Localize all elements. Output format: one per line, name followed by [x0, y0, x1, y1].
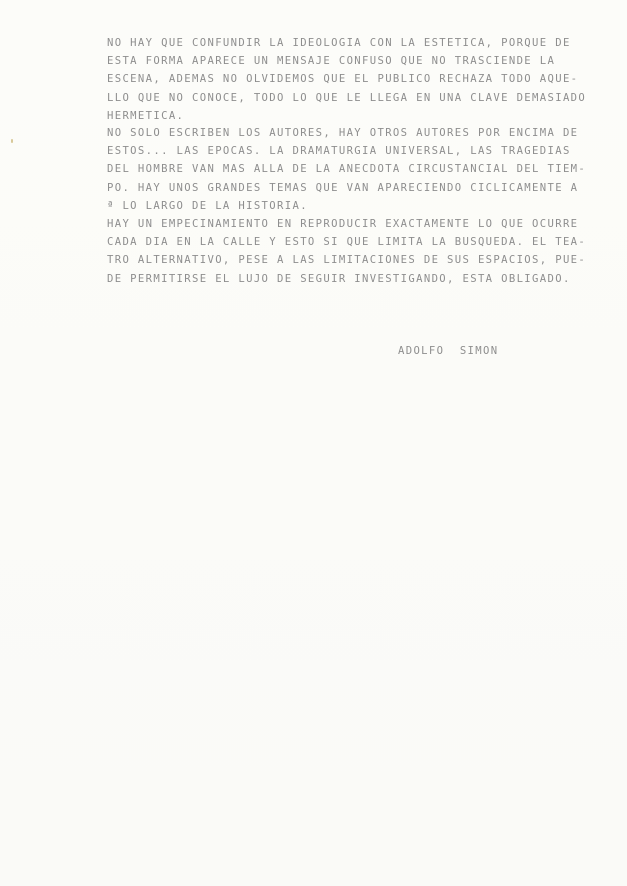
text-line: ESTOS... LAS EPOCAS. LA DRAMATURGIA UNIV… [107, 142, 607, 160]
text-line: CADA DIA EN LA CALLE Y ESTO SI QUE LIMIT… [107, 233, 607, 251]
paragraph-ideology: NO HAY QUE CONFUNDIR LA IDEOLOGIA CON LA… [107, 34, 607, 125]
text-line: PO. HAY UNOS GRANDES TEMAS QUE VAN APARE… [107, 179, 607, 197]
text-line: LLO QUE NO CONOCE, TODO LO QUE LE LLEGA … [107, 89, 607, 107]
text-line: DE PERMITIRSE EL LUJO DE SEGUIR INVESTIG… [107, 270, 607, 288]
text-line: ESTA FORMA APARECE UN MENSAJE CONFUSO QU… [107, 52, 607, 70]
text-line: ESCENA, ADEMAS NO OLVIDEMOS QUE EL PUBLI… [107, 70, 607, 88]
paragraph-alternative-theatre: HAY UN EMPECINAMIENTO EN REPRODUCIR EXAC… [107, 215, 607, 288]
typewritten-page: NO HAY QUE CONFUNDIR LA IDEOLOGIA CON LA… [0, 0, 627, 886]
text-line: NO SOLO ESCRIBEN LOS AUTORES, HAY OTROS … [107, 124, 607, 142]
text-line: HAY UN EMPECINAMIENTO EN REPRODUCIR EXAC… [107, 215, 607, 233]
text-line: DEL HOMBRE VAN MAS ALLA DE LA ANECDOTA C… [107, 160, 607, 178]
text-line: NO HAY QUE CONFUNDIR LA IDEOLOGIA CON LA… [107, 34, 607, 52]
author-signature: ADOLFO SIMON [398, 342, 498, 360]
paragraph-authors: NO SOLO ESCRIBEN LOS AUTORES, HAY OTROS … [107, 124, 607, 215]
text-line: TRO ALTERNATIVO, PESE A LAS LIMITACIONES… [107, 251, 607, 269]
text-line: ª LO LARGO DE LA HISTORIA. [107, 197, 607, 215]
text-line: HERMETICA. [107, 107, 607, 125]
paper-blemish [11, 139, 13, 143]
